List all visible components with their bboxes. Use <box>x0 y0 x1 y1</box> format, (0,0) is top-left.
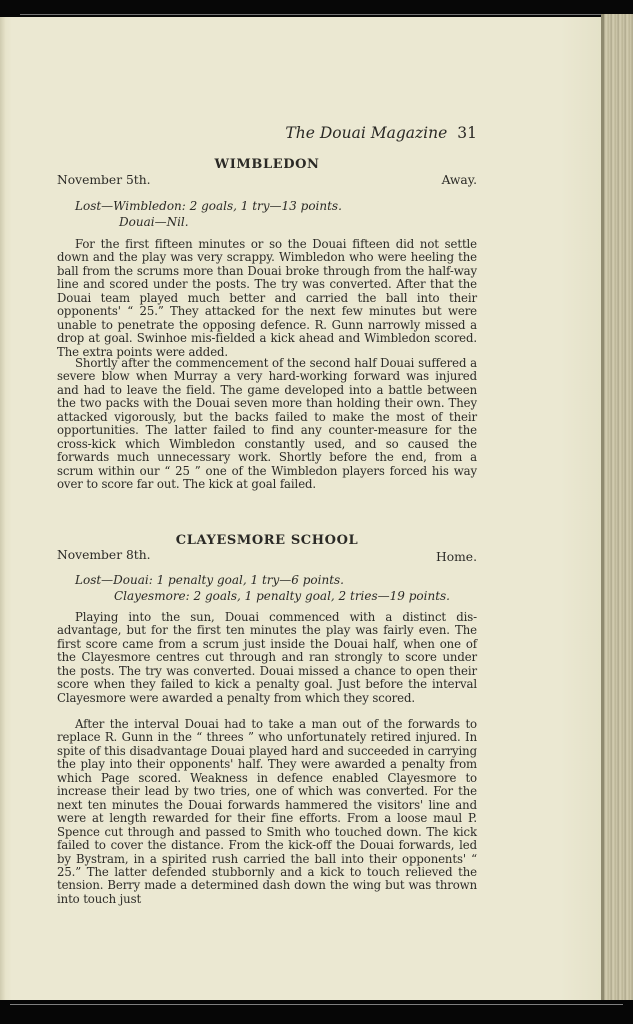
match-report-paragraph: Playing into the sun, Douai commenced wi… <box>57 611 477 705</box>
match-date: November 5th. <box>57 173 151 187</box>
page-fore-edge <box>601 14 633 1000</box>
page-gutter-shadow <box>0 17 6 1000</box>
magazine-title: The Douai Magazine <box>285 124 447 142</box>
match-meta-wimbledon: November 5th. Away. <box>57 173 477 187</box>
match-meta-clayesmore: November 8th. Home. <box>57 548 477 562</box>
match-score-wimbledon: Lost—Wimbledon: 2 goals, 1 try—13 points… <box>75 198 342 230</box>
score-line: Clayesmore: 2 goals, 1 penalty goal, 2 t… <box>75 588 450 604</box>
match-date: November 8th. <box>57 548 151 562</box>
running-head: The Douai Magazine31 <box>57 124 477 142</box>
match-report-paragraph: For the first fifteen minutes or so the … <box>57 238 477 359</box>
score-line: Lost—Douai: 1 penalty goal, 1 try—6 poin… <box>75 573 344 587</box>
match-venue: Away. <box>442 173 477 187</box>
match-heading-clayesmore: CLAYESMORE SCHOOL <box>57 533 477 548</box>
match-venue: Home. <box>436 550 477 564</box>
match-score-clayesmore: Lost—Douai: 1 penalty goal, 1 try—6 poin… <box>75 572 450 604</box>
score-line: Douai—Nil. <box>75 214 342 230</box>
match-heading-wimbledon: WIMBLEDON <box>57 157 477 172</box>
scan-bottom-border <box>0 1000 633 1024</box>
scan-top-border <box>0 0 633 18</box>
page-number: 31 <box>457 124 477 142</box>
match-report-paragraph: Shortly after the commencement of the se… <box>57 357 477 492</box>
match-report-paragraph: After the interval Douai had to take a m… <box>57 718 477 906</box>
score-line: Lost—Wimbledon: 2 goals, 1 try—13 points… <box>75 199 342 213</box>
